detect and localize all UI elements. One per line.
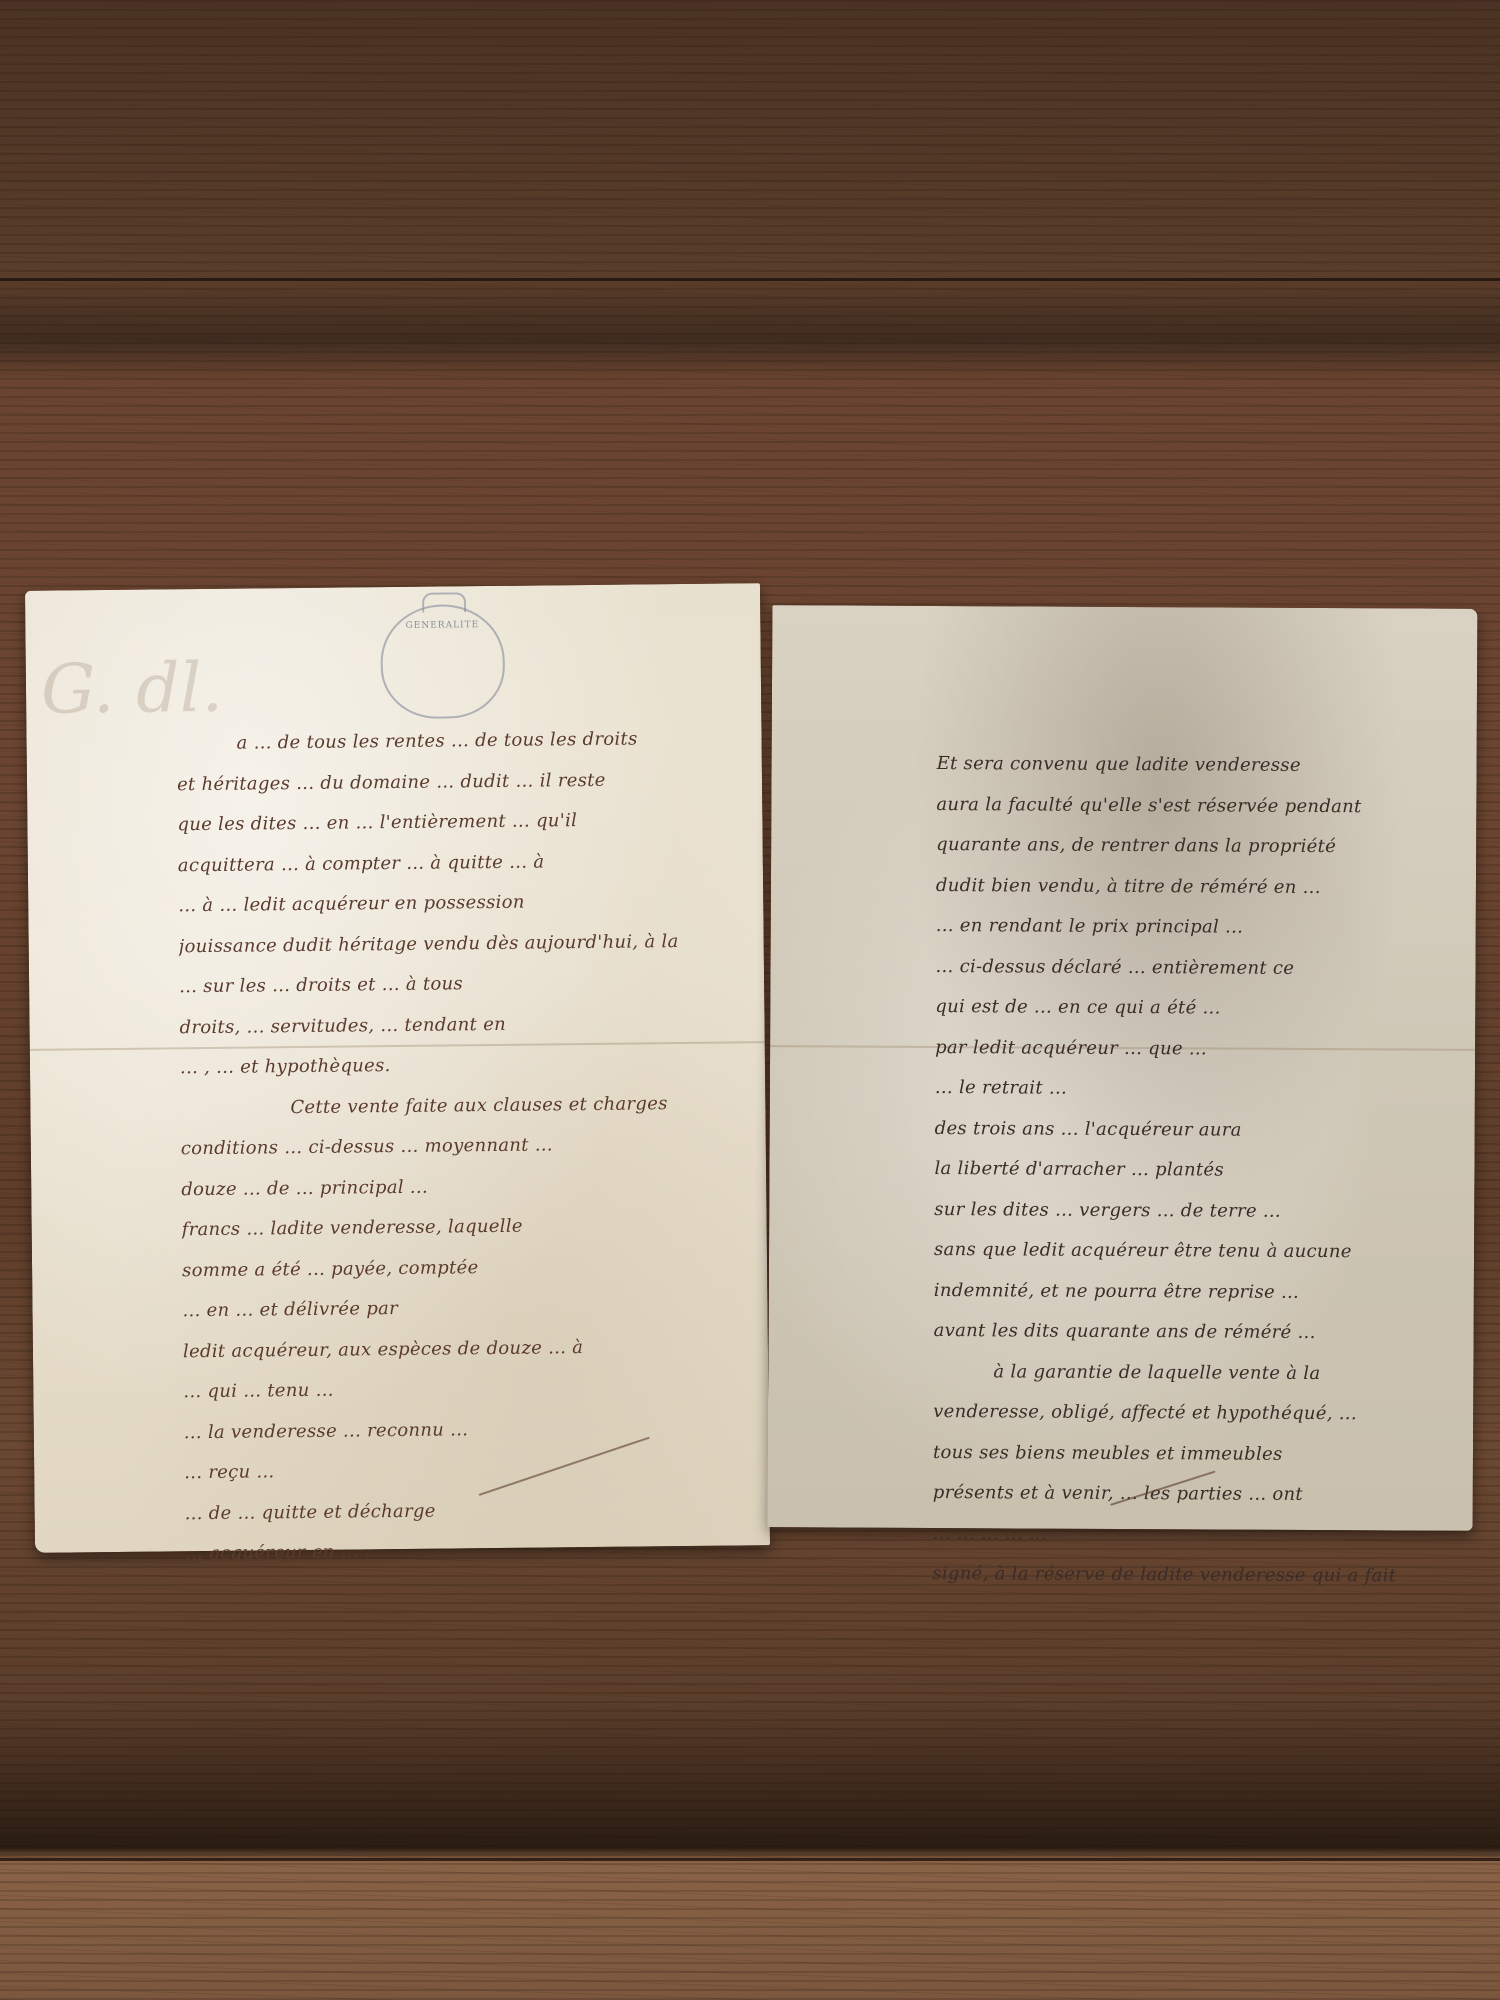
text-line: ... sur les ... droits et ... à tous [179, 961, 749, 1007]
text-line: ... , ... et hypothèques. [180, 1042, 750, 1088]
text-line: quarante ans, de rentrer dans la proprié… [936, 825, 1456, 868]
table-plank-seam [0, 1858, 1500, 1861]
text-line: Et sera convenu que ladite venderesse [936, 744, 1456, 787]
left-page-text: a ... de tous les rentes ... de tous les… [176, 718, 755, 1574]
text-line: dudit bien vendu, à titre de réméré en .… [936, 866, 1456, 909]
stamp-text: GENERALITE [382, 620, 502, 631]
text-line: Cette vente faite aux clauses et charges [180, 1083, 750, 1129]
text-line: venderesse, obligé, affecté et hypothéqu… [933, 1392, 1453, 1435]
text-line: francs ... ladite venderesse, laquelle [181, 1204, 751, 1250]
right-page-text: Et sera convenu que ladite venderesse au… [932, 744, 1456, 1597]
left-page: G. dl. GENERALITE a ... de tous les rent… [25, 583, 770, 1553]
text-line: jouissance dudit héritage vendu dès aujo… [179, 921, 749, 967]
text-line: qui est de ... en ce qui a été ... [935, 987, 1455, 1030]
text-line: ... le retrait ... [935, 1068, 1455, 1111]
embossed-seal-icon: GENERALITE [380, 604, 505, 719]
text-line: ... reçu ... [184, 1447, 754, 1493]
text-line: signé, à la réserve de ladite venderesse… [932, 1554, 1452, 1597]
crown-icon [422, 592, 466, 612]
text-line: avant les dits quarante ans de réméré ..… [934, 1311, 1454, 1354]
right-page: Et sera convenu que ladite venderesse au… [768, 605, 1478, 1531]
text-line: somme a été ... payée, comptée [182, 1245, 752, 1291]
text-line: ... de ... quitte et décharge [184, 1488, 754, 1534]
text-line: que les dites ... en ... l'entièrement .… [177, 799, 747, 845]
text-line: par ledit acquéreur ... que ... [935, 1028, 1455, 1071]
text-line: conditions ... ci-dessus ... moyennant .… [181, 1123, 751, 1169]
table-plank-seam [0, 278, 1500, 281]
text-line: ... la venderesse ... reconnu ... [184, 1407, 754, 1453]
text-line: douze ... de ... principal ... [181, 1164, 751, 1210]
text-line: ... ... ... ... ... [932, 1514, 1452, 1557]
text-line: des trois ans ... l'acquéreur aura [935, 1109, 1455, 1152]
text-line: droits, ... servitudes, ... tendant en [179, 1002, 749, 1048]
text-line: ... ci-dessus déclaré ... entièrement ce [935, 947, 1455, 990]
text-line: sur les dites ... vergers ... de terre .… [934, 1190, 1454, 1233]
text-line: et héritages ... du domaine ... dudit ..… [177, 759, 747, 805]
text-line: indemnité, et ne pourra être reprise ... [934, 1271, 1454, 1314]
text-line: à la garantie de laquelle vente à la [933, 1352, 1453, 1395]
text-line: acquittera ... à compter ... à quitte ..… [178, 840, 748, 886]
text-line: ledit acquéreur, aux espèces de douze ..… [183, 1326, 753, 1372]
text-line: la liberté d'arracher ... plantés [934, 1149, 1454, 1192]
text-line: ... en ... et délivrée par [182, 1285, 752, 1331]
text-line: ... à ... ledit acquéreur en possession [178, 880, 748, 926]
text-line: aura la faculté qu'elle s'est réservée p… [936, 785, 1456, 828]
text-line: ... acquéreur en ... . [185, 1528, 755, 1574]
margin-notation: G. dl. [41, 649, 224, 730]
text-line: sans que ledit acquéreur être tenu à auc… [934, 1230, 1454, 1273]
text-line: ... en rendant le prix principal ... [936, 906, 1456, 949]
text-line: a ... de tous les rentes ... de tous les… [176, 718, 746, 764]
text-line: tous ses biens meubles et immeubles [933, 1433, 1453, 1476]
text-line: ... qui ... tenu ... [183, 1366, 753, 1412]
